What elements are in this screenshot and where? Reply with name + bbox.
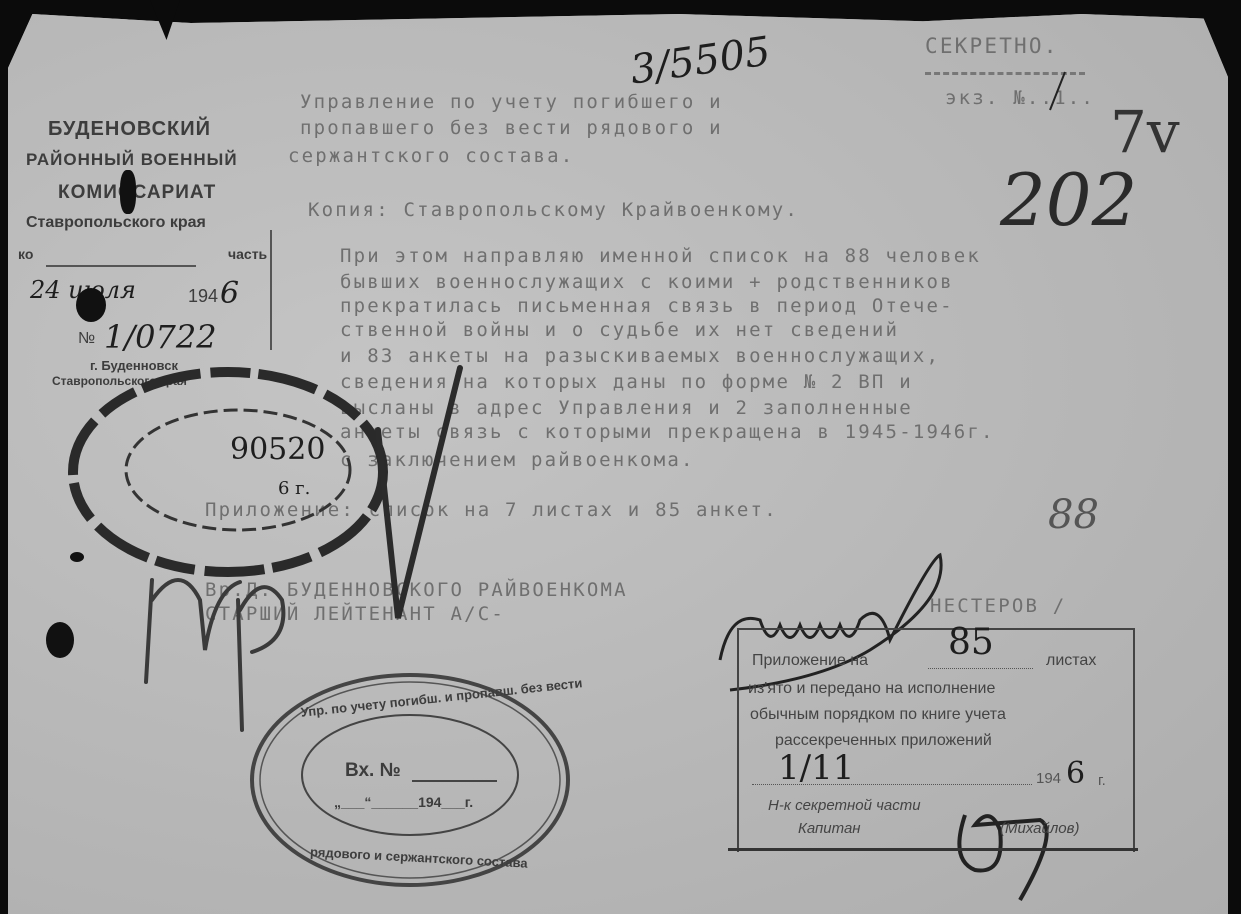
decl-line-3: обычным порядком по книге учета (750, 706, 1006, 724)
decl-year-suffix: г. (1098, 772, 1106, 789)
copy-number-slash (1050, 72, 1065, 110)
incoming-number-line (412, 780, 497, 782)
decl-date-handwritten: 1/11 (778, 748, 854, 788)
received-number: 90520 (230, 432, 325, 467)
decl-year-handwritten: 6 (1066, 756, 1085, 791)
decl-date-line (752, 784, 1032, 785)
decl-pages-line (928, 668, 1033, 669)
received-oval-stamp (73, 372, 383, 572)
resolution-mark (146, 580, 283, 730)
decl-name: (Михайлов) (1000, 820, 1079, 837)
decl-line-1-prefix: Приложение на (752, 652, 868, 670)
received-date-fragment: 6 г. (278, 478, 310, 499)
decl-rank: Капитан (798, 820, 861, 837)
incoming-date-line: „___“______194___г. (334, 794, 473, 810)
decl-line-2: из'ято и передано на исполнение (748, 680, 995, 698)
decl-pages-handwritten: 85 (948, 622, 994, 663)
check-mark (378, 368, 460, 618)
decl-line-1-suffix: листах (1046, 652, 1096, 670)
incoming-label: Вх. № (345, 760, 401, 782)
declassification-stamp-underline (728, 848, 1138, 851)
decl-position: Н-к секретной части (768, 797, 921, 814)
decl-year-printed: 194 (1036, 770, 1061, 787)
